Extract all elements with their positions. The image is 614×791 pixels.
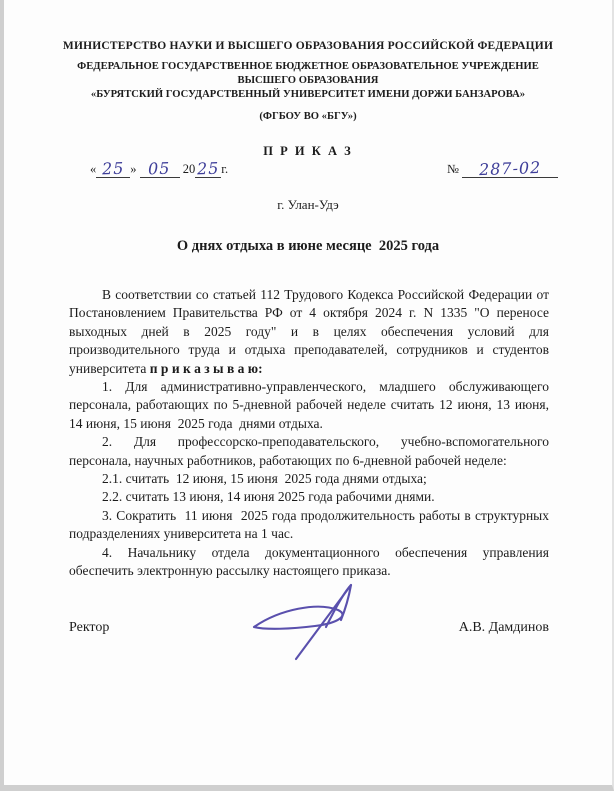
order-item-2: 2. Для профессорско-преподавательского, … [69, 433, 549, 470]
signer-name: А.В. Дамдинов [459, 620, 549, 636]
ministry-line: МИНИСТЕРСТВО НАУКИ И ВЫСШЕГО ОБРАЗОВАНИЯ… [4, 40, 612, 52]
institution-line: ФЕДЕРАЛЬНОЕ ГОСУДАРСТВЕННОЕ БЮДЖЕТНОЕ ОБ… [4, 60, 612, 74]
order-number: № 287-02 [447, 158, 558, 178]
university-name-line: «БУРЯТСКИЙ ГОСУДАРСТВЕННЫЙ УНИВЕРСИТЕТ И… [4, 88, 612, 102]
order-item-2-1: 2.1. считать 12 июня, 15 июня 2025 года … [69, 470, 549, 488]
order-verb: п р и к а з ы в а ю: [150, 361, 263, 376]
date-year-blank: 25 [195, 158, 221, 178]
date-day-blank: 25 [96, 158, 130, 178]
handwritten-number: 287-02 [479, 158, 542, 179]
handwritten-day: 25 [102, 159, 125, 179]
date-century: 20 [183, 162, 196, 176]
date-suffix: г. [221, 162, 228, 176]
number-blank: 287-02 [462, 158, 558, 178]
document-title: О днях отдыха в июне месяце 2025 года [4, 238, 612, 255]
number-label: № [447, 162, 459, 176]
order-item-4: 4. Начальнику отдела документационного о… [69, 544, 549, 581]
order-item-1: 1. Для административно-управленческого, … [69, 378, 549, 433]
order-word: П Р И К А З [4, 144, 612, 159]
order-body: В соответствии со статьей 112 Трудового … [69, 286, 549, 581]
order-date: «25» 05 2025г. [90, 158, 228, 178]
date-month-blank: 05 [140, 158, 180, 178]
university-abbreviation-line: (ФГБОУ ВО «БГУ») [4, 111, 612, 122]
city-line: г. Улан-Удэ [4, 197, 612, 213]
intro-text: В соответствии со статьей 112 Трудового … [69, 287, 552, 376]
handwritten-month: 05 [148, 159, 171, 179]
order-item-2-2: 2.2. считать 13 июня, 14 июня 2025 года … [69, 488, 549, 506]
handwritten-year: 25 [197, 159, 220, 179]
education-level-line: ВЫСШЕГО ОБРАЗОВАНИЯ [4, 74, 612, 88]
intro-paragraph: В соответствии со статьей 112 Трудового … [69, 286, 549, 378]
date-close-quote: » [130, 162, 136, 176]
order-header-row: П Р И К А З «25» 05 2025г. № 287-02 [4, 144, 612, 190]
order-item-3: 3. Сократить 11 июня 2025 года продолжит… [69, 507, 549, 544]
signature-row: Ректор А.В. Дамдинов [69, 620, 549, 636]
scanned-order-document: МИНИСТЕРСТВО НАУКИ И ВЫСШЕГО ОБРАЗОВАНИЯ… [0, 0, 614, 791]
signer-position: Ректор [69, 620, 109, 636]
